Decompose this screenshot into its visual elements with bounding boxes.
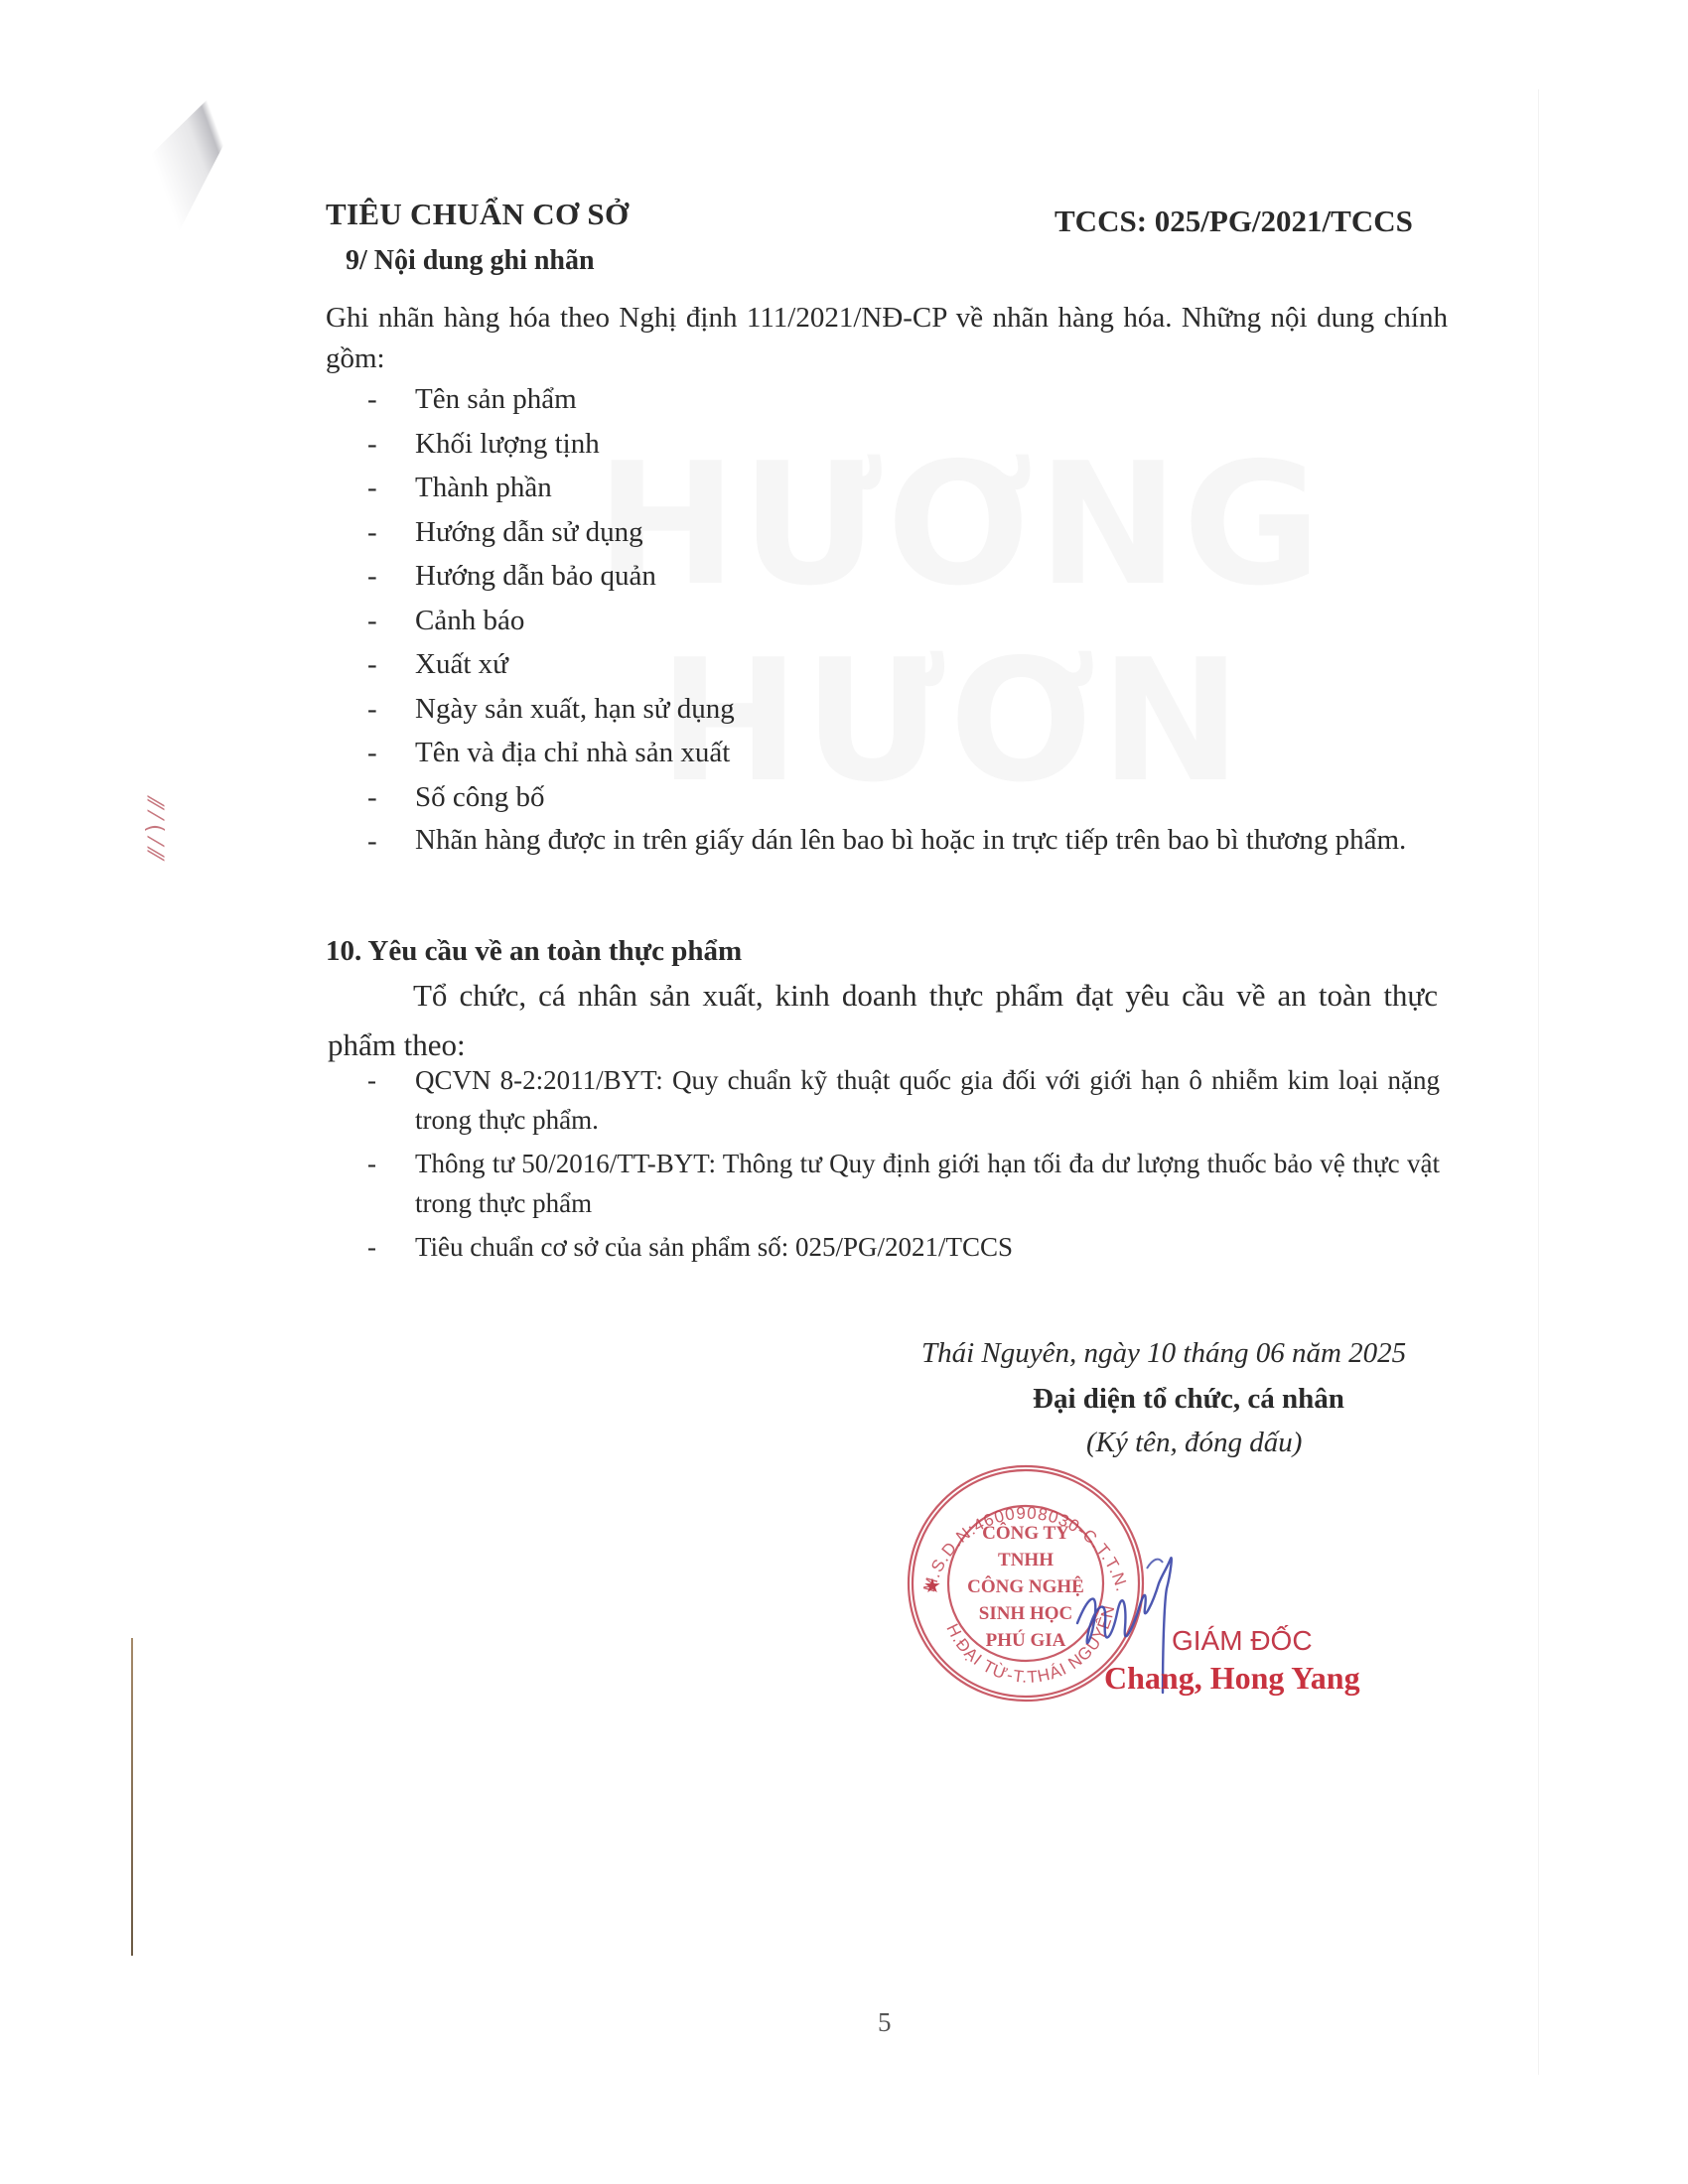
list-item-text: QCVN 8-2:2011/BYT: Quy chuẩn kỹ thuật qu… [415, 1060, 1440, 1140]
list-marker: - [367, 642, 415, 687]
list-marker: - [367, 687, 415, 732]
list-item-text: Thông tư 50/2016/TT-BYT: Thông tư Quy đị… [415, 1144, 1440, 1223]
list-item-text: Khối lượng tịnh [415, 422, 1450, 467]
page-edge-shadow [134, 87, 253, 296]
list-marker: - [367, 422, 415, 467]
list-item: -Tiêu chuẩn cơ sở của sản phẩm số: 025/P… [367, 1227, 1440, 1267]
stamp-line: PHÚ GIA [986, 1629, 1066, 1651]
list-marker: - [367, 1060, 415, 1140]
list-marker: - [367, 510, 415, 555]
star-icon: ★ [923, 1575, 941, 1597]
page-edge-line [131, 1638, 133, 1956]
label-contents-list: -Tên sản phẩm-Khối lượng tịnh-Thành phần… [367, 377, 1450, 864]
section-10-title: 10. Yêu cầu về an toàn thực phẩm [326, 935, 742, 968]
stamp-line: SINH HỌC [979, 1603, 1073, 1624]
list-marker: - [367, 377, 415, 422]
list-item: -Hướng dẫn sử dụng [367, 510, 1450, 555]
list-marker: - [367, 1144, 415, 1223]
list-item: -Thông tư 50/2016/TT-BYT: Thông tư Quy đ… [367, 1144, 1440, 1223]
page-edge-right [1538, 89, 1539, 2075]
list-item-text: Cảnh báo [415, 599, 1450, 643]
list-item-text: Xuất xứ [415, 642, 1450, 687]
list-item-text: Tên sản phẩm [415, 377, 1450, 422]
sign-stamp-note: (Ký tên, đóng dấu) [1086, 1427, 1302, 1459]
list-marker: - [367, 1227, 415, 1267]
list-item-text: Hướng dẫn sử dụng [415, 510, 1450, 555]
list-item: -Khối lượng tịnh [367, 422, 1450, 467]
list-item-text: Nhãn hàng được in trên giấy dán lên bao … [415, 819, 1450, 864]
list-item-text: Số công bố [415, 775, 1450, 820]
document-title: TIÊU CHUẨN CƠ SỞ [326, 197, 629, 232]
section-10-intro: Tổ chức, cá nhân sản xuất, kinh doanh th… [328, 971, 1438, 1070]
section-9-intro: Ghi nhãn hàng hóa theo Nghị định 111/202… [326, 298, 1448, 379]
representative-title: Đại diện tổ chức, cá nhân [1033, 1383, 1344, 1416]
list-item-text: Ngày sản xuất, hạn sử dụng [415, 687, 1450, 732]
list-item: -Tên sản phẩm [367, 377, 1450, 422]
list-item-text: Tiêu chuẩn cơ sở của sản phẩm số: 025/PG… [415, 1227, 1440, 1267]
list-item-text: Tên và địa chỉ nhà sản xuất [415, 731, 1450, 775]
list-item: -Số công bố [367, 775, 1450, 820]
list-item: -Ngày sản xuất, hạn sử dụng [367, 687, 1450, 732]
margin-seal-fragment: ⁄⁄ ⁄ ( ⁄ ⁄⁄ [129, 799, 169, 1013]
page-number: 5 [878, 2007, 892, 2038]
list-item: -Cảnh báo [367, 599, 1450, 643]
signer-role: GIÁM ĐỐC [1172, 1625, 1313, 1657]
document-code: TCCS: 025/PG/2021/TCCS [1055, 204, 1413, 239]
list-item: -Nhãn hàng được in trên giấy dán lên bao… [367, 819, 1450, 864]
list-item-text: Thành phần [415, 466, 1450, 510]
list-item: -Xuất xứ [367, 642, 1450, 687]
signer-name: Chang, Hong Yang [1104, 1660, 1360, 1697]
list-marker: - [367, 466, 415, 510]
list-marker: - [367, 775, 415, 820]
list-item-text: Hướng dẫn bảo quản [415, 554, 1450, 599]
list-marker: - [367, 554, 415, 599]
stamp-line: CÔNG TY [982, 1522, 1069, 1544]
list-item: -Tên và địa chỉ nhà sản xuất [367, 731, 1450, 775]
list-marker: - [367, 819, 415, 864]
place-date: Thái Nguyên, ngày 10 tháng 06 năm 2025 [921, 1337, 1406, 1370]
list-marker: - [367, 731, 415, 775]
list-item: -QCVN 8-2:2011/BYT: Quy chuẩn kỹ thuật q… [367, 1060, 1440, 1140]
list-marker: - [367, 599, 415, 643]
list-item: -Thành phần [367, 466, 1450, 510]
section-9-title: 9/ Nội dung ghi nhãn [346, 245, 595, 277]
food-safety-standards-list: -QCVN 8-2:2011/BYT: Quy chuẩn kỹ thuật q… [367, 1060, 1440, 1271]
stamp-line: TNHH [998, 1550, 1054, 1570]
list-item: -Hướng dẫn bảo quản [367, 554, 1450, 599]
